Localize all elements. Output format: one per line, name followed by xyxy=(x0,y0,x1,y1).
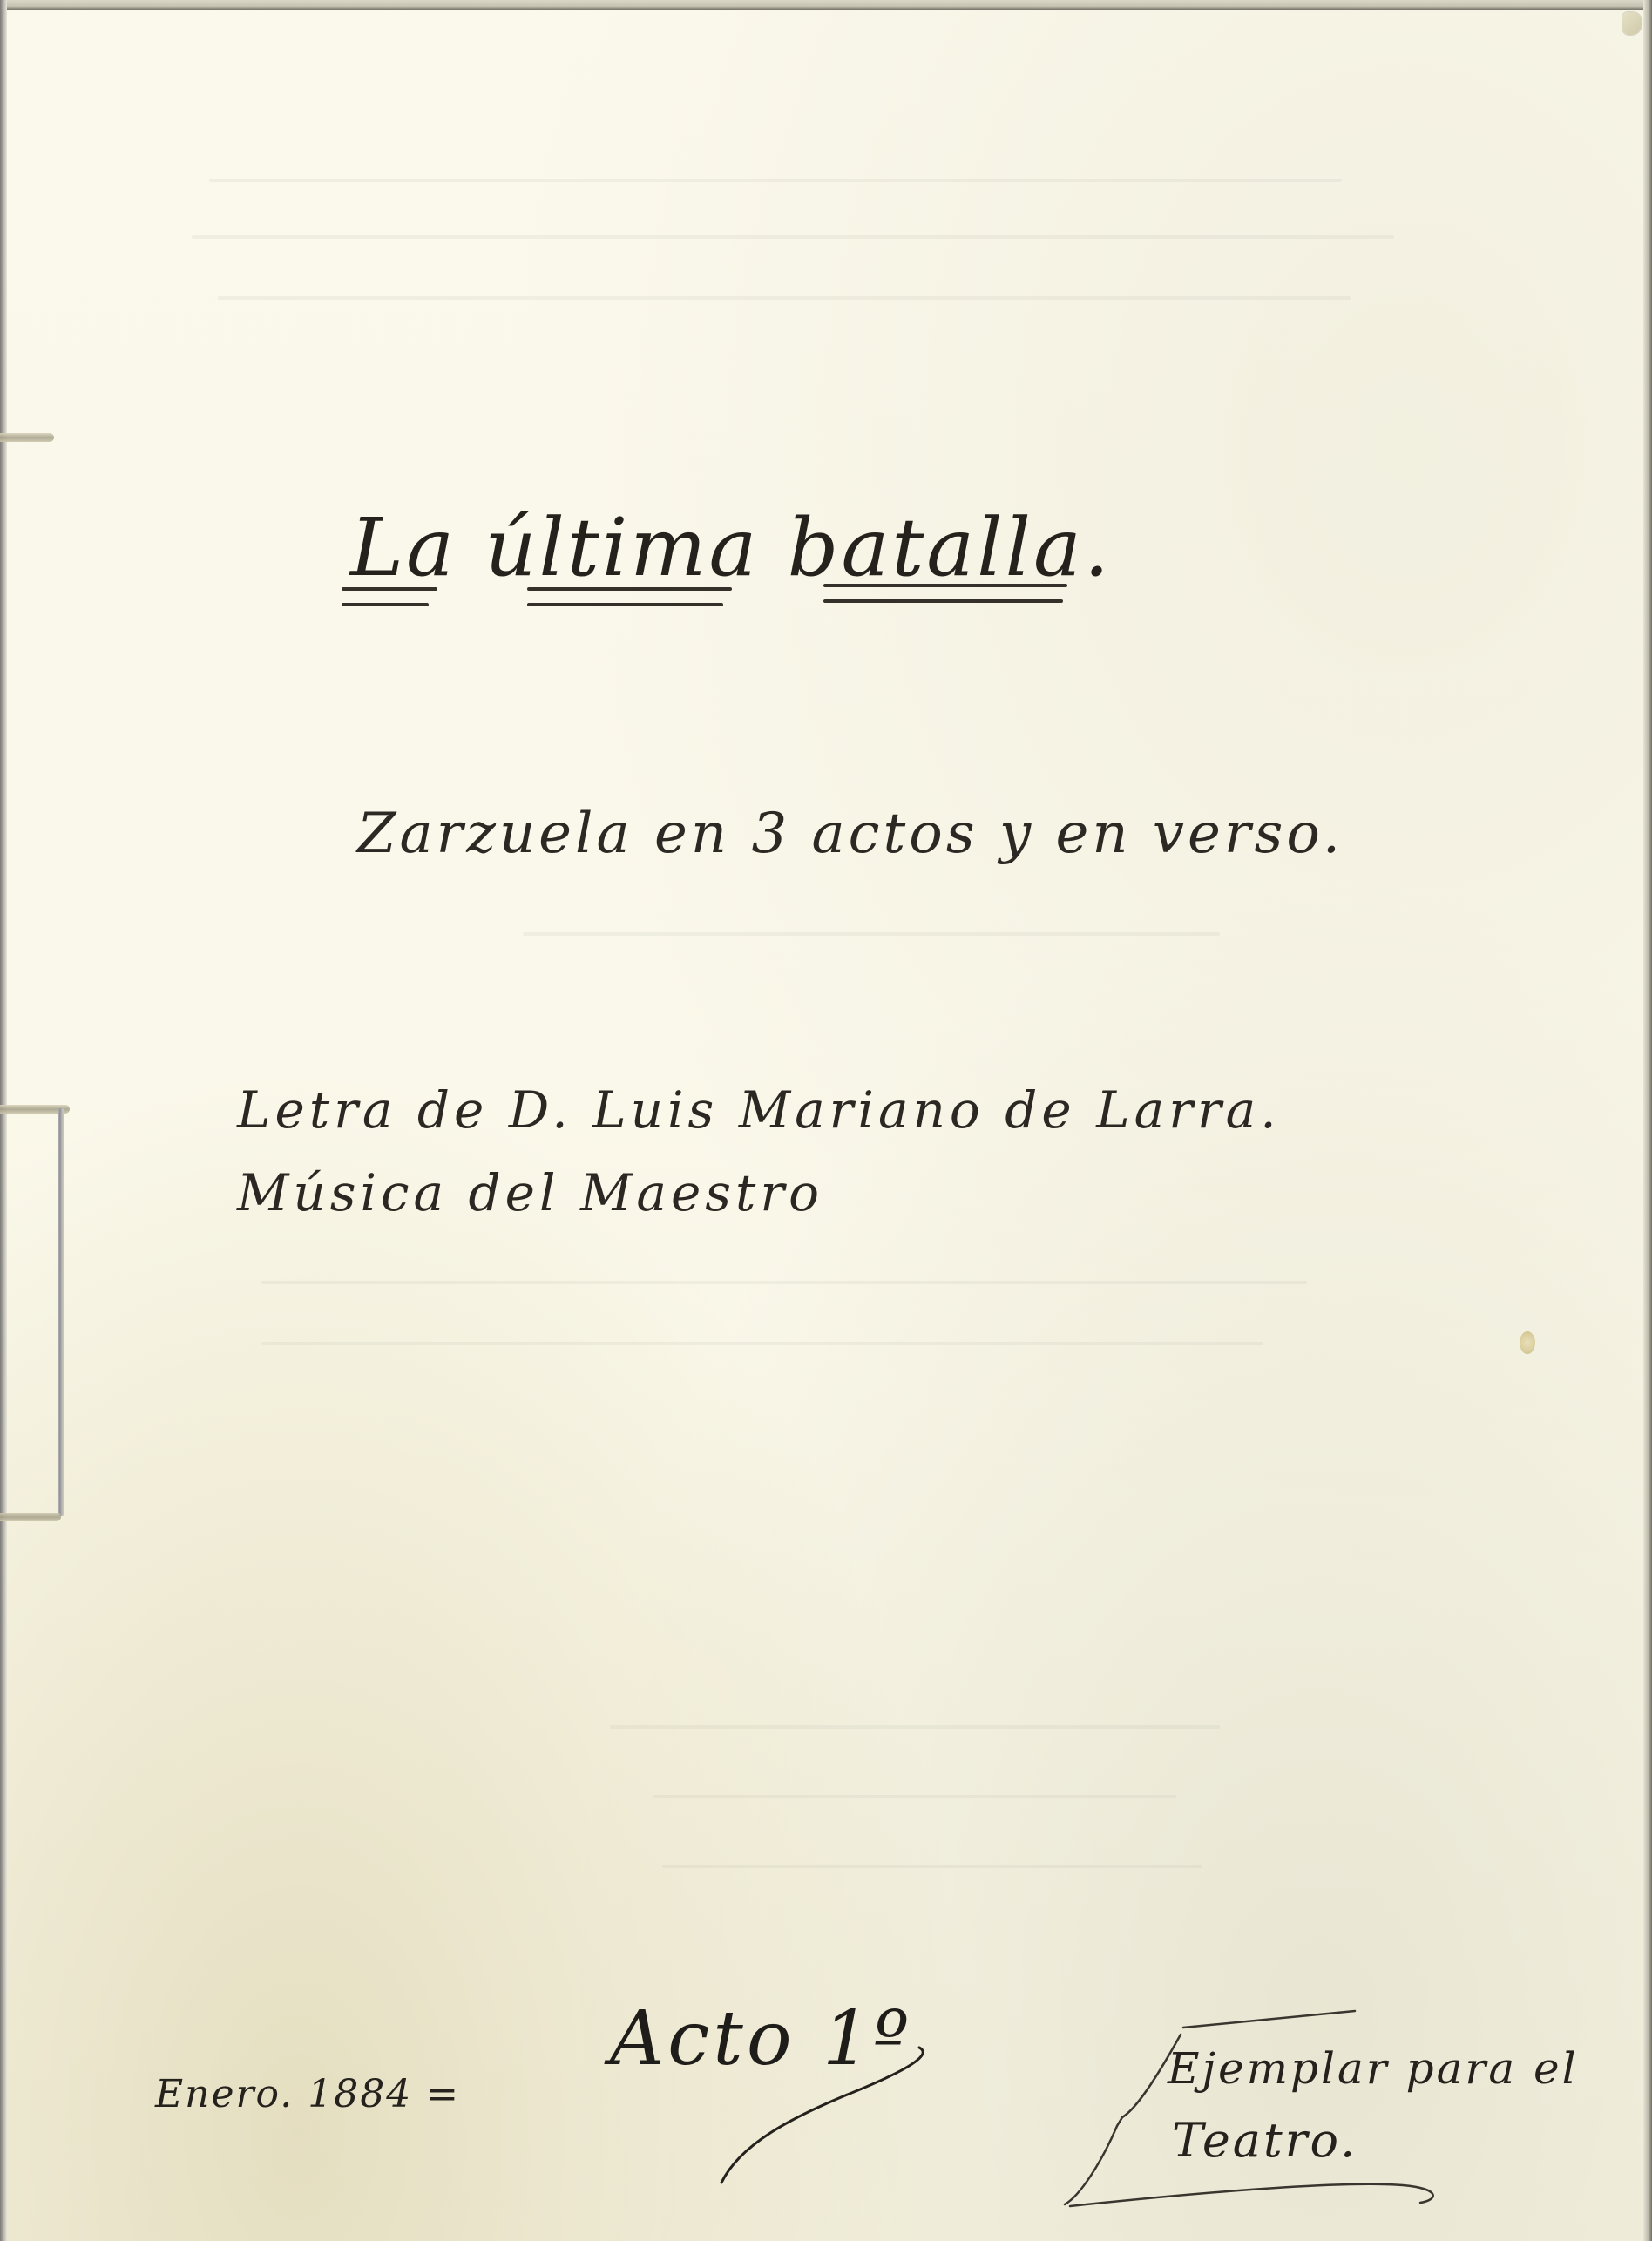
show-through-line xyxy=(192,235,1394,239)
title-underline xyxy=(558,603,723,606)
show-through-line xyxy=(523,932,1220,936)
show-through-line xyxy=(662,1865,1202,1868)
page-corner-tab xyxy=(1622,12,1642,35)
show-through-line xyxy=(209,179,1342,182)
title-underline xyxy=(871,584,1067,587)
scan-edge-right xyxy=(1643,0,1652,2241)
copy-note-line-2: Teatro. xyxy=(1172,2113,1357,2168)
flourish-icon xyxy=(714,2039,958,2187)
music-credit: Música del Maestro xyxy=(237,1163,823,1222)
show-through-line xyxy=(218,296,1351,300)
document-title: La última batalla. xyxy=(350,501,1112,594)
binding-thread-vertical xyxy=(58,1108,64,1516)
show-through-line xyxy=(261,1281,1307,1284)
document-subtitle: Zarzuela en 3 actos y en verso. xyxy=(357,802,1344,866)
show-through-line xyxy=(610,1725,1220,1729)
manuscript-page: La última batalla. Zarzuela en 3 actos y… xyxy=(0,0,1652,2241)
title-underline xyxy=(342,603,429,606)
note-bracket-icon xyxy=(1054,1987,1612,2213)
show-through-line xyxy=(653,1795,1176,1798)
scan-edge-top xyxy=(0,0,1652,10)
copy-note-line-1: Ejemplar para el xyxy=(1168,2043,1579,2094)
date-note: Enero. 1884 = xyxy=(155,2072,460,2116)
paper-stain xyxy=(1520,1331,1535,1354)
title-underline xyxy=(558,587,732,591)
show-through-line xyxy=(261,1342,1263,1345)
lyrics-credit: Letra de D. Luis Mariano de Larra. xyxy=(237,1080,1281,1140)
title-underline xyxy=(867,599,1063,603)
binding-spine xyxy=(0,0,7,2241)
binding-thread-bottom xyxy=(0,1513,61,1521)
binding-thread-top xyxy=(0,433,54,442)
title-underline xyxy=(342,587,437,591)
